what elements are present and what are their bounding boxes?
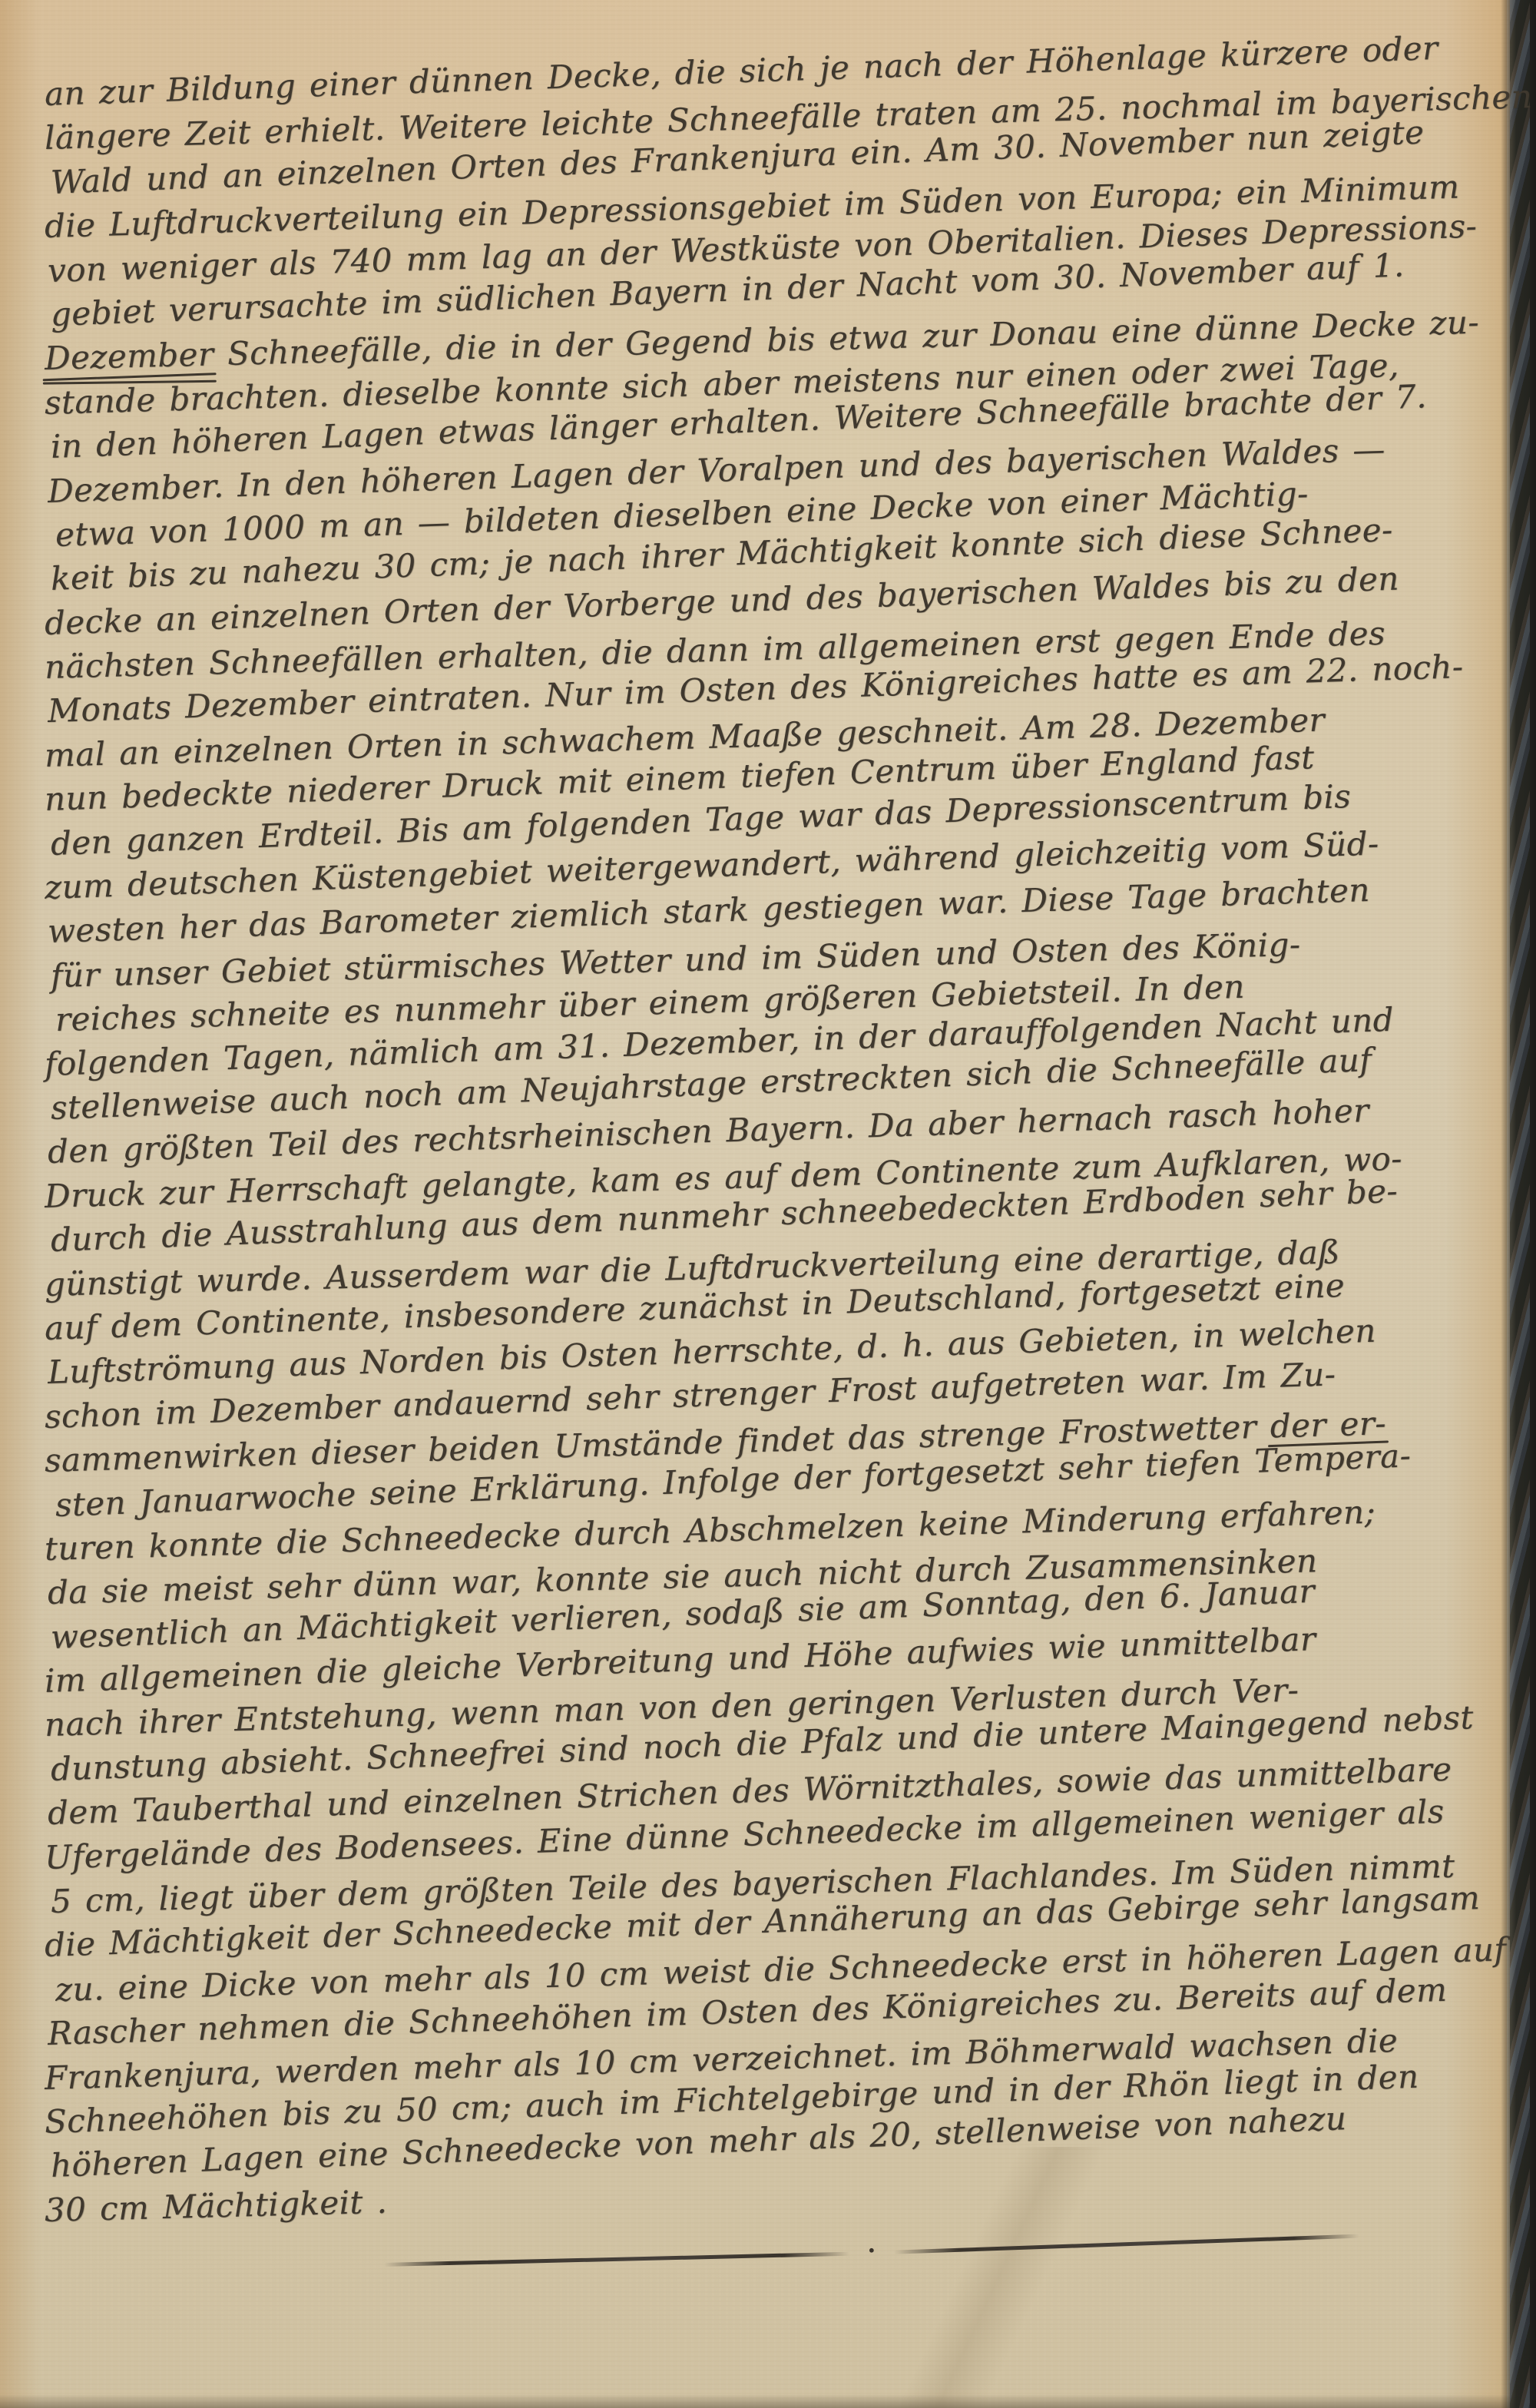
line-text: 30 cm Mächtigkeit . xyxy=(44,2182,387,2228)
divider-dash-left xyxy=(384,2251,849,2266)
page-bottom-shadow xyxy=(0,2394,1536,2408)
closing-divider: · xyxy=(384,2225,1359,2277)
manuscript-lines: an zur Bildung einer dünnen Decke, die s… xyxy=(45,72,1527,2232)
manuscript-page: an zur Bildung einer dünnen Decke, die s… xyxy=(0,0,1536,2408)
underlined-text: Dezember xyxy=(44,336,214,378)
page-left-edge-shading xyxy=(0,0,40,2408)
divider-dash-right xyxy=(894,2234,1359,2254)
